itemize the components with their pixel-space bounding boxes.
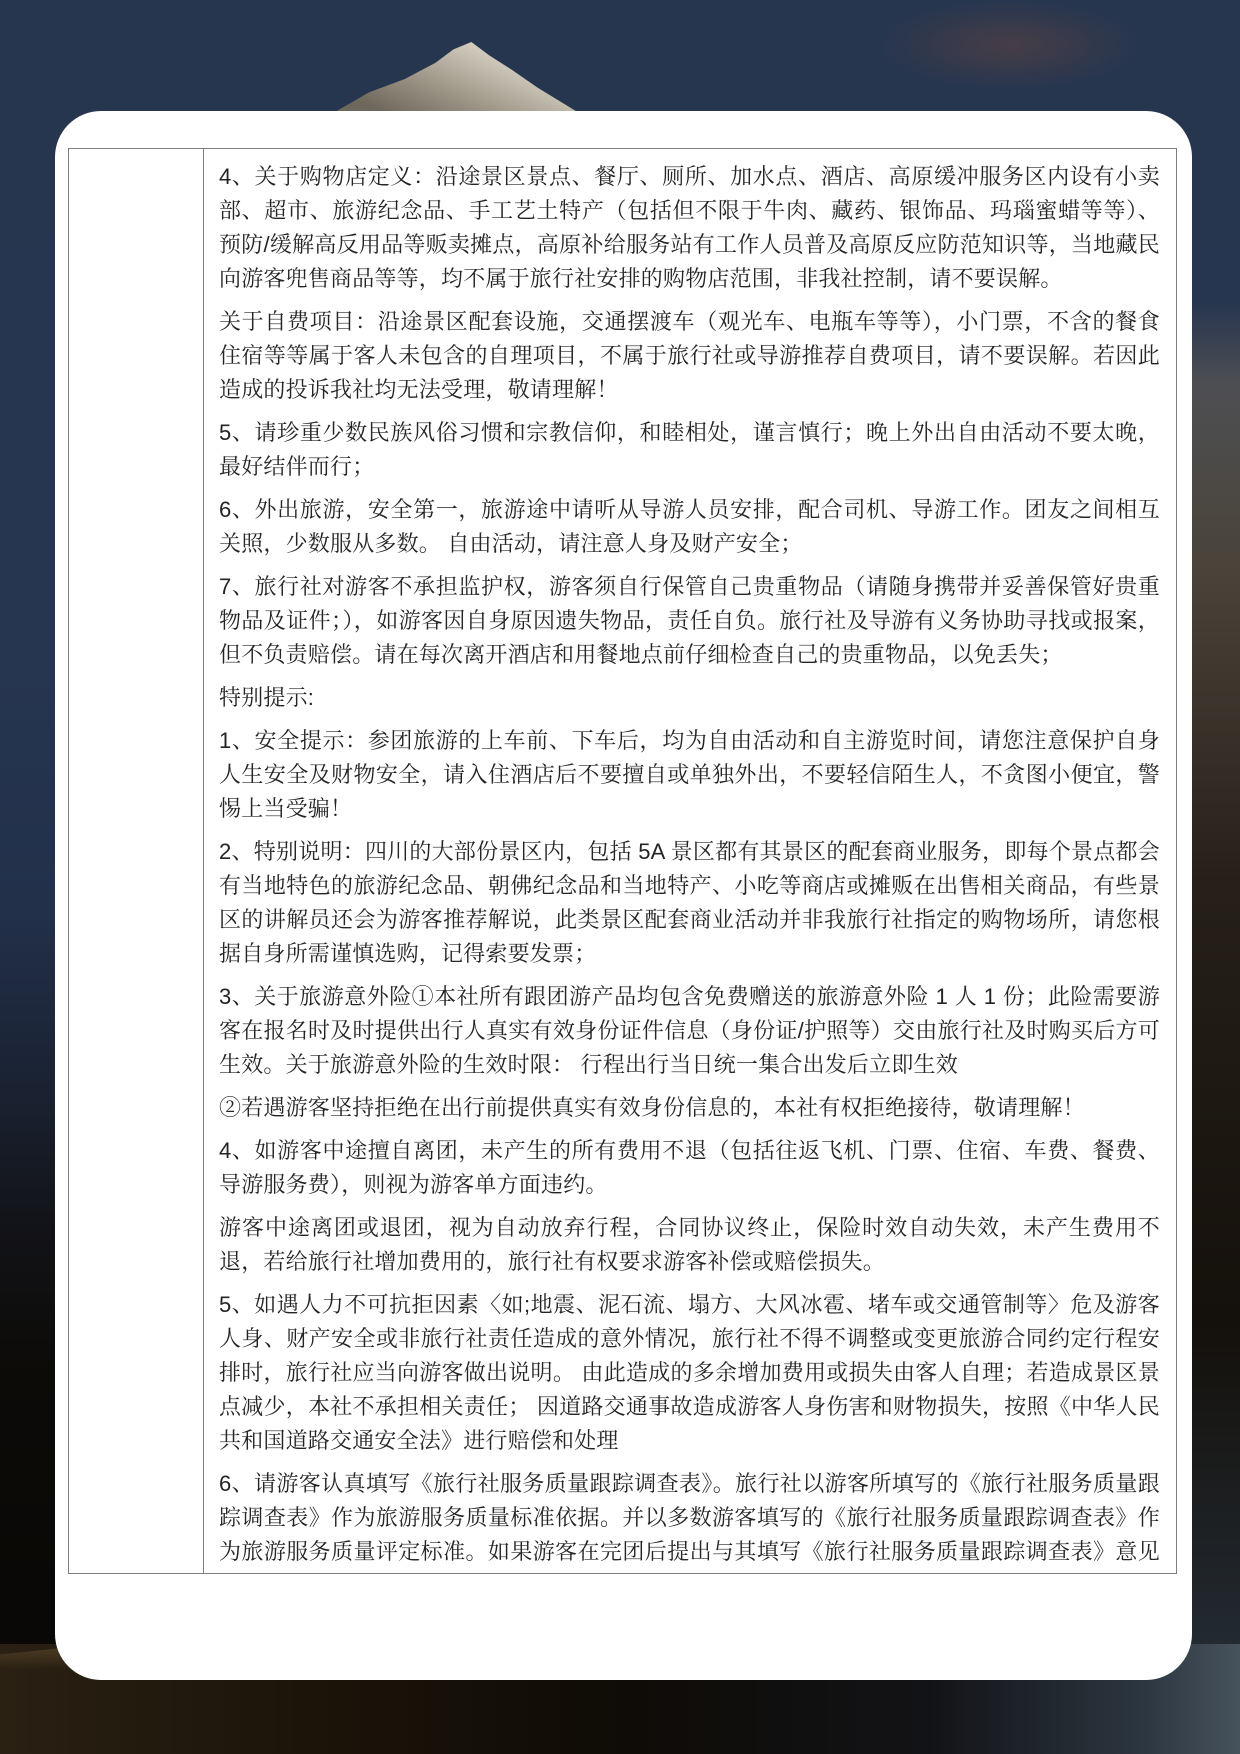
warm-haze-cloud	[880, 0, 1140, 90]
notice-paragraph: 特别提示:	[219, 681, 1160, 715]
notice-paragraph: 5、如遇人力不可抗拒因素〈如;地震、泥石流、塌方、大风冰雹、堵车或交通管制等〉危…	[219, 1288, 1160, 1458]
notice-paragraph: 1、安全提示：参团旅游的上车前、下车后，均为自由活动和自主游览时间，请您注意保护…	[219, 724, 1160, 826]
document-card: 4、关于购物店定义：沿途景区景点、餐厅、厕所、加水点、酒店、高原缓冲服务区内设有…	[55, 111, 1192, 1680]
notice-paragraph: 3、关于旅游意外险①本社所有跟团游产品均包含免费赠送的旅游意外险 1 人 1 份…	[219, 980, 1160, 1082]
notice-paragraph: 游客中途离团或退团，视为自动放弃行程，合同协议终止，保险时效自动失效，未产生费用…	[219, 1211, 1160, 1279]
mountain-snow-peak	[328, 42, 584, 116]
table-left-cell	[69, 149, 204, 1573]
notice-paragraph: 关于自费项目：沿途景区配套设施，交通摆渡车（观光车、电瓶车等等），小门票，不含的…	[219, 305, 1160, 407]
notes-table: 4、关于购物店定义：沿途景区景点、餐厅、厕所、加水点、酒店、高原缓冲服务区内设有…	[68, 148, 1177, 1574]
notice-paragraph: ②若遇游客坚持拒绝在出行前提供真实有效身份信息的，本社有权拒绝接待，敬请理解！	[219, 1091, 1160, 1125]
notice-paragraph: 7、旅行社对游客不承担监护权，游客须自行保管自己贵重物品（请随身携带并妥善保管好…	[219, 570, 1160, 672]
notice-paragraph: 4、关于购物店定义：沿途景区景点、餐厅、厕所、加水点、酒店、高原缓冲服务区内设有…	[219, 160, 1160, 296]
notice-paragraph: 6、外出旅游，安全第一，旅游途中请听从导游人员安排，配合司机、导游工作。团友之间…	[219, 493, 1160, 561]
notice-paragraph: 2、特别说明：四川的大部份景区内，包括 5A 景区都有其景区的配套商业服务，即每…	[219, 835, 1160, 971]
right-rock-slope	[1190, 300, 1240, 1754]
table-content-cell: 4、关于购物店定义：沿途景区景点、餐厅、厕所、加水点、酒店、高原缓冲服务区内设有…	[204, 149, 1176, 1573]
notice-paragraph: 6、请游客认真填写《旅行社服务质量跟踪调查表》。旅行社以游客所填写的《旅行社服务…	[219, 1467, 1160, 1573]
notice-paragraph: 5、请珍重少数民族风俗习惯和宗教信仰，和睦相处，谨言慎行；晚上外出自由活动不要太…	[219, 416, 1160, 484]
notice-paragraph: 4、如游客中途擅自离团，未产生的所有费用不退（包括往返飞机、门票、住宿、车费、餐…	[219, 1134, 1160, 1202]
